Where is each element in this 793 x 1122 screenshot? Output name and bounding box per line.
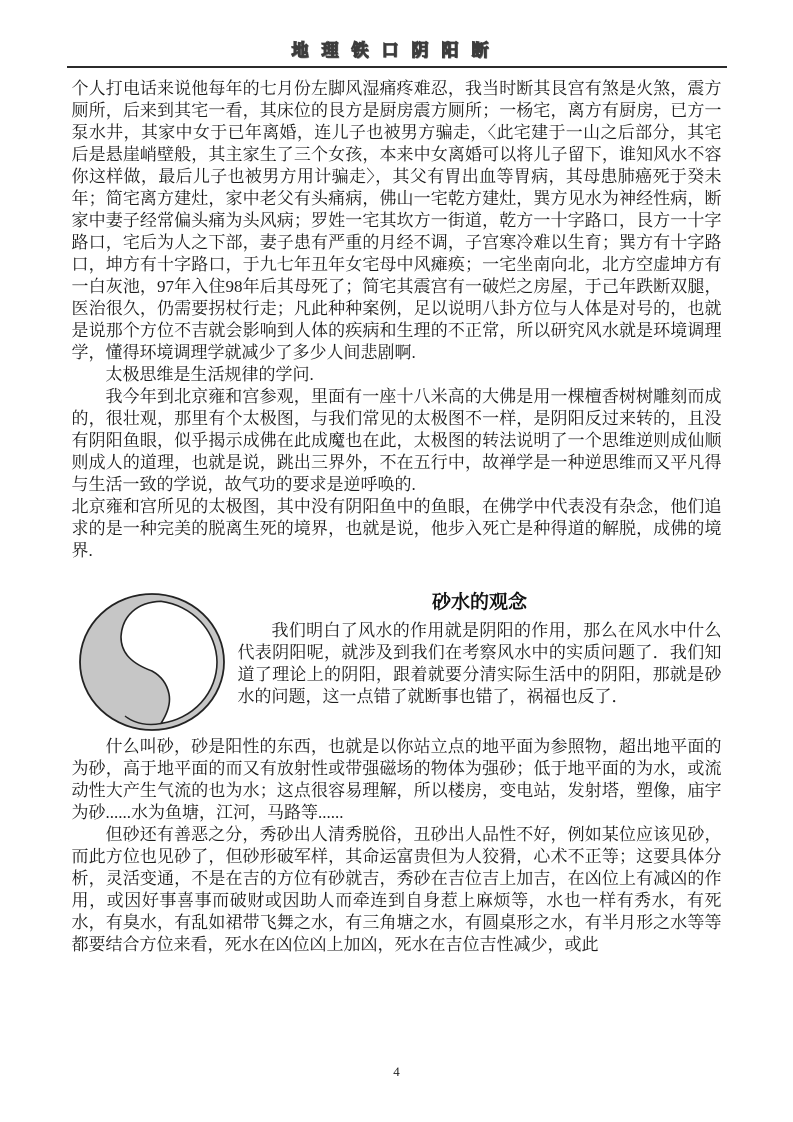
page-header-title: 地理铁口阴阳断 (292, 36, 502, 61)
paragraph-yonghegong: 我今年到北京雍和宫参观，里面有一座十八米高的大佛是用一棵檀香树树雕刻而成的，很壮… (72, 386, 722, 496)
paragraph-buddhist-taiji: 北京雍和宫所见的太极图，其中没有阴阳鱼中的鱼眼，在佛学中代表没有杂念，他们追求的… (72, 496, 722, 562)
paragraph-taiji-thought: 太极思维是生活规律的学问. (72, 364, 722, 386)
paragraph-sand-good-evil: 但砂还有善恶之分，秀砂出人清秀脱俗，丑砂出人品性不好，例如某位应该见砂，而此方位… (72, 824, 722, 956)
page-header: 地理铁口阴阳断 (0, 36, 793, 68)
yin-yang-icon (76, 592, 228, 732)
document-body: 个人打电话来说他每年的七月份左脚风湿痛疼难忍，我当时断其艮宫有煞是火煞，震方厕所… (72, 78, 722, 956)
header-rule (67, 66, 727, 68)
sand-water-section: 砂水的观念 我们明白了风水的作用就是阴阳的作用，那么在风水中什么代表阴阳呢，就涉… (72, 592, 722, 736)
page-number: 4 (0, 1064, 793, 1080)
document-page: 地理铁口阴阳断 个人打电话来说他每年的七月份左脚风湿痛疼难忍，我当时断其艮宫有煞… (0, 0, 793, 1122)
paragraph-what-is-sand: 什么叫砂，砂是阳性的东西，也就是以你站立点的地平面为参照物，超出地平面的为砂，高… (72, 736, 722, 824)
paragraph-cases: 个人打电话来说他每年的七月份左脚风湿痛疼难忍，我当时断其艮宫有煞是火煞，震方厕所… (72, 78, 722, 364)
